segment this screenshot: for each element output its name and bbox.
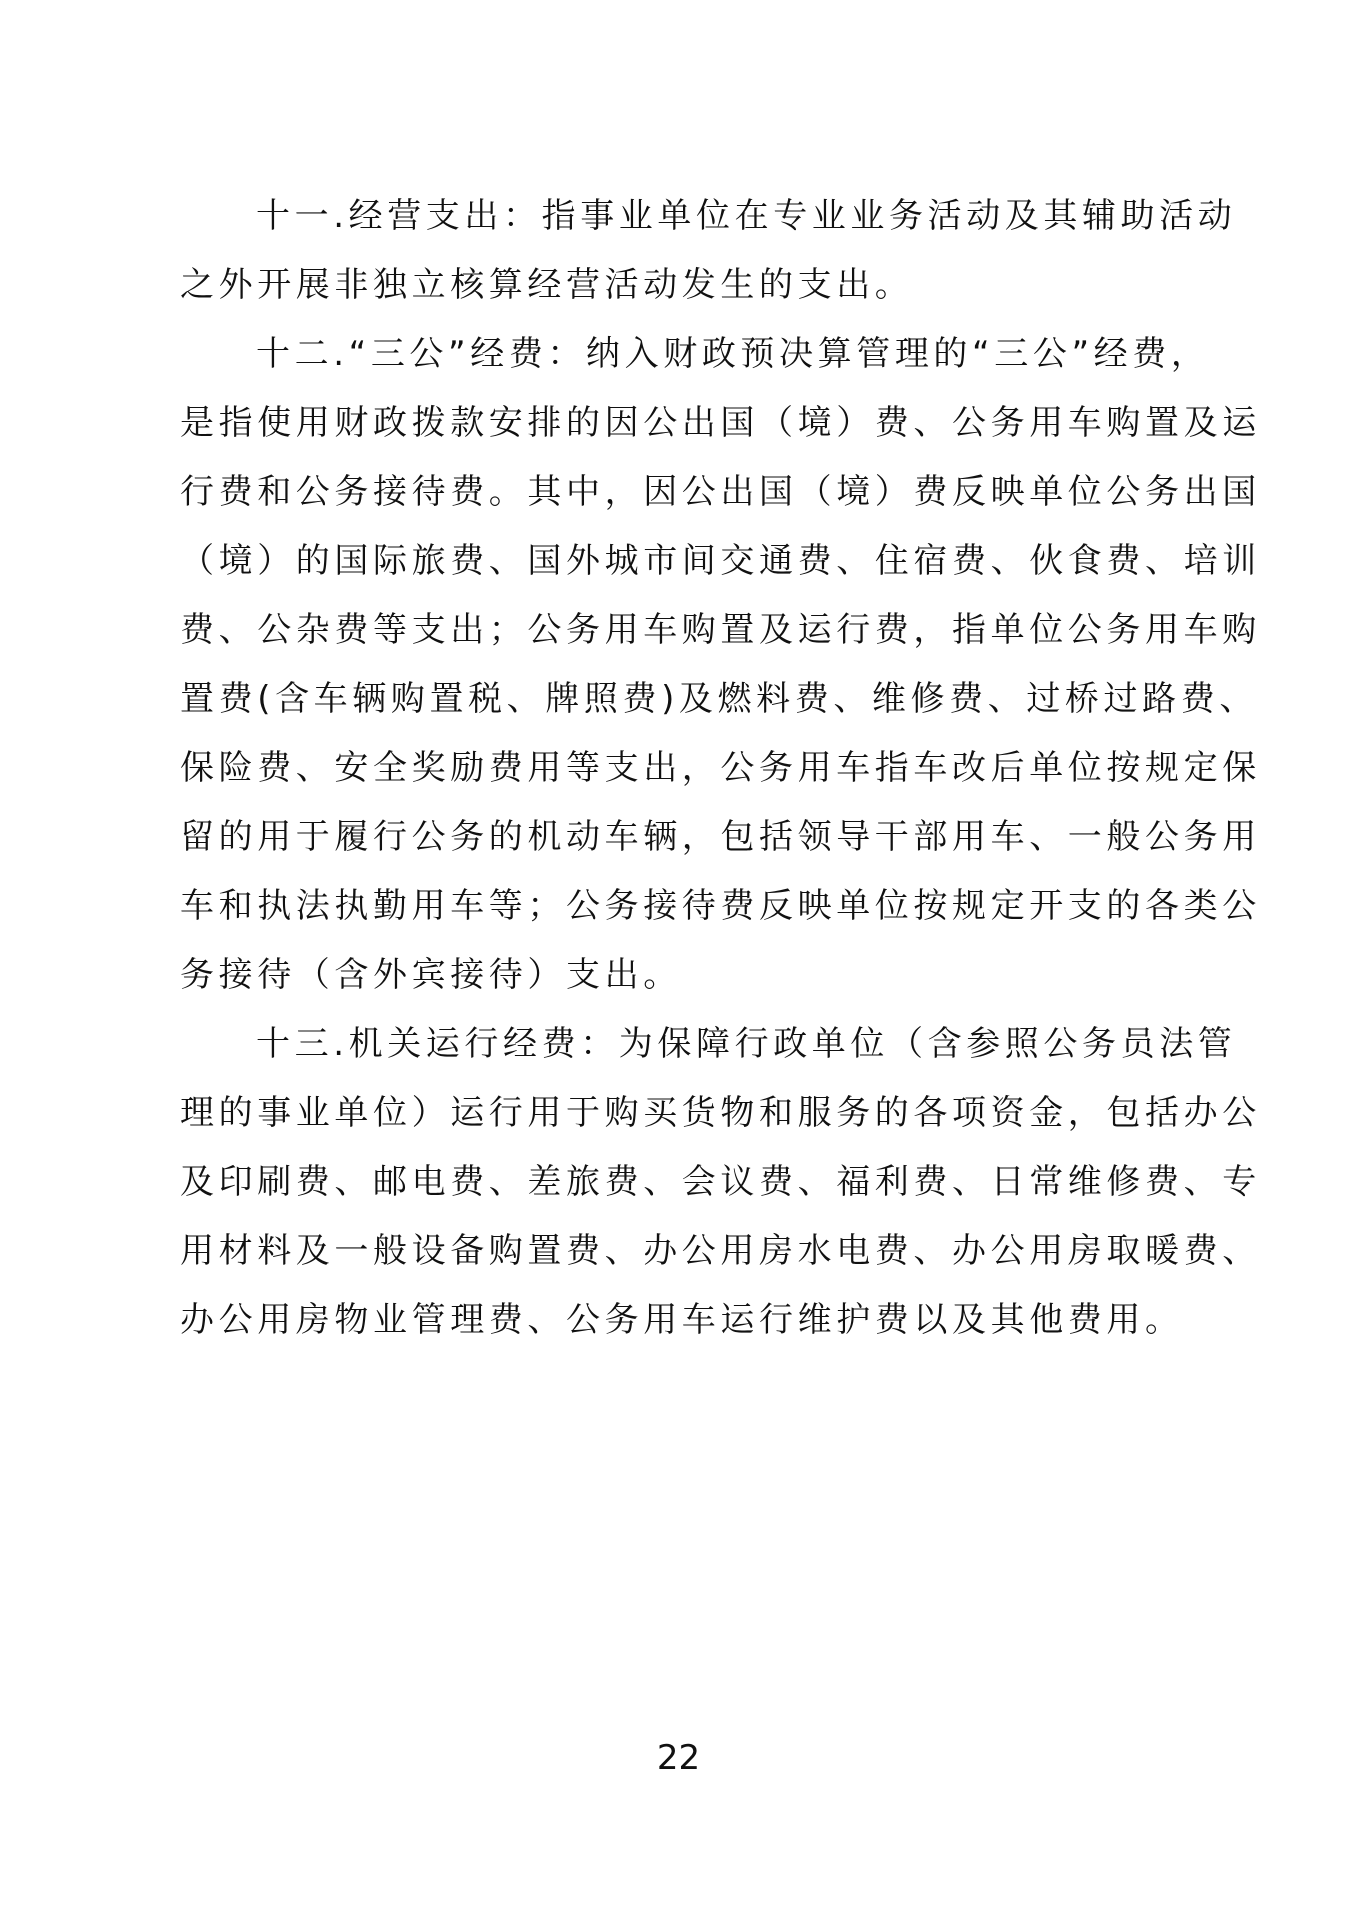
paragraph-item-11: 十一.经营支出：指事业单位在专业业务活动及其辅助活动 之外开展非独立核算经营活动… (180, 182, 1200, 320)
text-line: 及印刷费、邮电费、差旅费、会议费、福利费、日常维修费、专 (180, 1148, 1200, 1217)
text-line: （境）的国际旅费、国外城市间交通费、住宿费、伙食费、培训 (180, 527, 1200, 596)
text-line: 留的用于履行公务的机动车辆，包括领导干部用车、一般公务用 (180, 803, 1200, 872)
text-line: 用材料及一般设备购置费、办公用房水电费、办公用房取暖费、 (180, 1217, 1200, 1286)
text-line: 置费(含车辆购置税、牌照费)及燃料费、维修费、过桥过路费、 (180, 665, 1200, 734)
text-line: 十三.机关运行经费：为保障行政单位（含参照公务员法管 (180, 1010, 1200, 1079)
text-line: 是指使用财政拨款安排的因公出国（境）费、公务用车购置及运 (180, 389, 1200, 458)
text-line: 车和执法执勤用车等；公务接待费反映单位按规定开支的各类公 (180, 872, 1200, 941)
page-number: 22 (0, 1738, 1357, 1778)
text-line: 之外开展非独立核算经营活动发生的支出。 (180, 251, 1200, 320)
document-body: 十一.经营支出：指事业单位在专业业务活动及其辅助活动 之外开展非独立核算经营活动… (180, 182, 1200, 1355)
text-line: 十一.经营支出：指事业单位在专业业务活动及其辅助活动 (180, 182, 1200, 251)
document-page: 十一.经营支出：指事业单位在专业业务活动及其辅助活动 之外开展非独立核算经营活动… (0, 0, 1357, 1920)
paragraph-item-13: 十三.机关运行经费：为保障行政单位（含参照公务员法管 理的事业单位）运行用于购买… (180, 1010, 1200, 1355)
text-line: 费、公杂费等支出；公务用车购置及运行费，指单位公务用车购 (180, 596, 1200, 665)
paragraph-item-12: 十二.“三公”经费：纳入财政预决算管理的“三公”经费， 是指使用财政拨款安排的因… (180, 320, 1200, 1010)
text-line: 务接待（含外宾接待）支出。 (180, 941, 1200, 1010)
text-line: 行费和公务接待费。其中，因公出国（境）费反映单位公务出国 (180, 458, 1200, 527)
text-line: 十二.“三公”经费：纳入财政预决算管理的“三公”经费， (180, 320, 1200, 389)
text-line: 办公用房物业管理费、公务用车运行维护费以及其他费用。 (180, 1286, 1200, 1355)
text-line: 保险费、安全奖励费用等支出，公务用车指车改后单位按规定保 (180, 734, 1200, 803)
text-line: 理的事业单位）运行用于购买货物和服务的各项资金，包括办公 (180, 1079, 1200, 1148)
